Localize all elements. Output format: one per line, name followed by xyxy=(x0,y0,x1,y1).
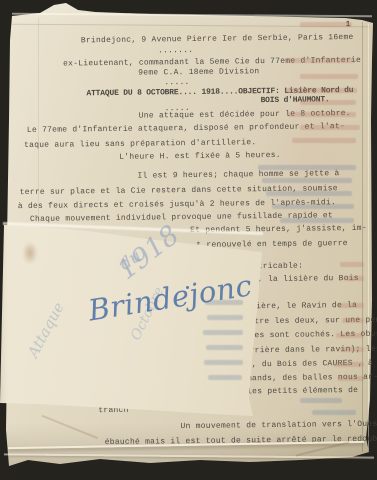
bleedthrough-mark xyxy=(280,218,354,223)
bleedthrough-mark xyxy=(338,376,364,381)
bleedthrough-mark xyxy=(344,276,364,281)
bleedthrough-mark xyxy=(300,398,342,403)
bleedthrough-mark xyxy=(203,330,243,335)
bleedthrough-mark xyxy=(300,74,358,79)
bleedthrough-mark xyxy=(312,410,356,415)
bleedthrough-mark xyxy=(262,178,352,183)
bleedthrough-mark xyxy=(300,100,356,105)
bleedthrough-mark xyxy=(336,333,364,338)
bleedthrough-mark xyxy=(285,58,355,63)
typed-line: Brindejonc, 9 Avenue Pierre Ier de Serbi… xyxy=(81,33,354,45)
typed-line: Un mouvement de translation vers l'Ouest… xyxy=(180,419,377,431)
bleedthrough-mark xyxy=(207,315,243,320)
typed-line: L'heure H. est fixée à 5 heures. xyxy=(119,151,281,162)
scanned-document: 1 Brindejonc, 9 Avenue Pierre Ier de Ser… xyxy=(0,0,377,480)
bleedthrough-mark xyxy=(204,360,243,365)
bleedthrough-mark xyxy=(206,345,243,350)
typed-line-fragment: nt, la lisière du Bois xyxy=(248,274,359,284)
bleedthrough-mark xyxy=(258,165,356,170)
bleedthrough-mark xyxy=(334,362,364,367)
bleedthrough-mark xyxy=(300,125,360,130)
bleedthrough-mark xyxy=(342,318,364,323)
bleedthrough-mark xyxy=(208,375,242,380)
typed-line: 9eme C.A. 18eme Division xyxy=(138,67,259,77)
bleedthrough-mark xyxy=(266,191,352,196)
typed-line: ..... xyxy=(164,78,189,87)
bleedthrough-mark xyxy=(300,22,352,27)
overlay-stain xyxy=(20,238,40,268)
bleedthrough-mark xyxy=(288,112,356,117)
typed-line-fragment: les petits éléments de xyxy=(247,386,358,396)
typed-line: Le 77eme d'Infanterie attaquera, disposé… xyxy=(27,122,345,135)
bleedthrough-mark xyxy=(340,262,364,267)
bleedthrough-mark xyxy=(285,88,357,93)
bleedthrough-mark xyxy=(292,138,356,143)
bleedthrough-mark xyxy=(272,204,354,209)
typed-line: ....... xyxy=(158,46,193,55)
bleedthrough-mark xyxy=(340,347,364,352)
bleedthrough-mark xyxy=(338,303,364,308)
typed-line: taque aura lieu sans préparation d'artil… xyxy=(24,138,256,150)
